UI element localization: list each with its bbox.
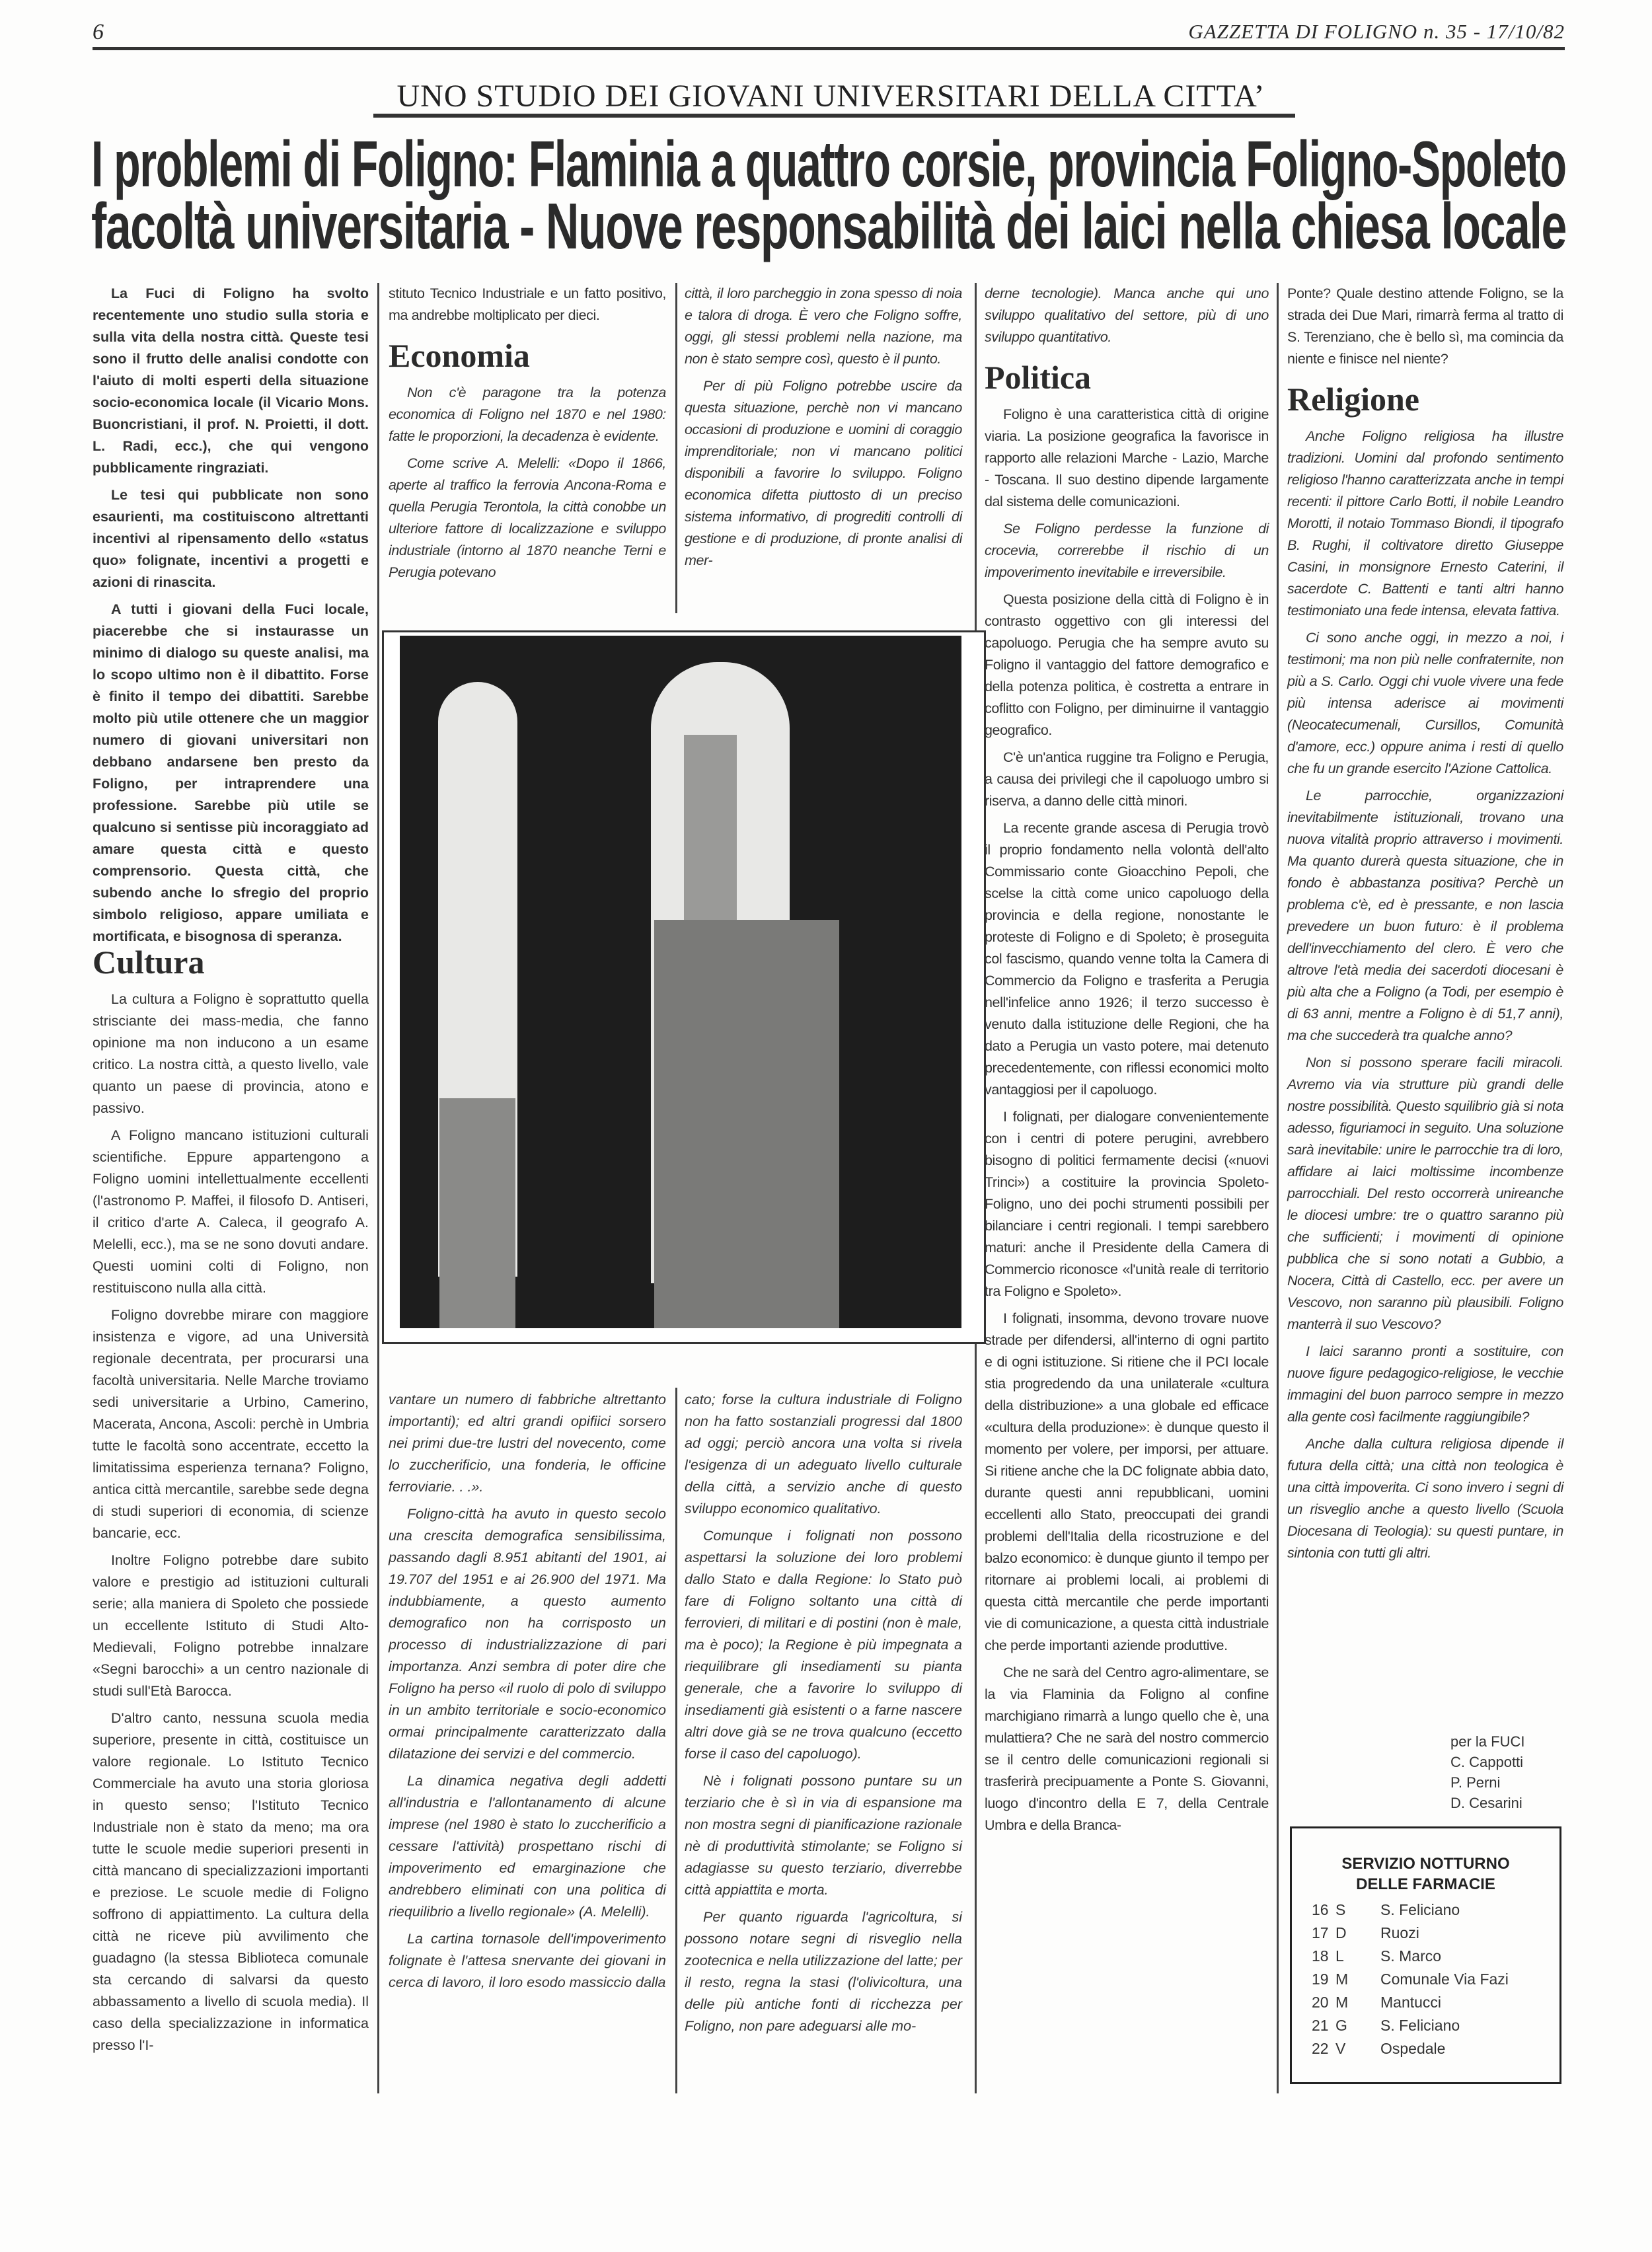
pharmacy-row: 22VOspedale [1312,2037,1559,2060]
pharmacy-day: 16 [1312,1898,1335,1922]
pharmacy-title-line-1: SERVIZIO NOTTURNO [1292,1854,1559,1874]
paragraph: Ponte? Quale destino attende Foligno, se… [1287,283,1563,370]
intro-paragraph: La Fuci di Foligno ha svolto recentement… [93,283,369,479]
pharmacy-weekday: V [1335,2037,1380,2060]
newspaper-page: 6 GAZZETTA DI FOLIGNO n. 35 - 17/10/82 U… [0,0,1652,2252]
photo-palazzo-comunale [400,636,961,1328]
signature-block: per la FUCI C. Cappotti P. Perni D. Cesa… [1450,1731,1524,1813]
paragraph: La dinamica negativa degli addetti all'i… [389,1770,666,1923]
headline-line-1: I problemi di Foligno: Flaminia a quattr… [91,131,1090,197]
column-divider [1277,283,1279,2093]
column-2-lower: vantare un numero di fabbriche altrettan… [389,1389,666,1999]
pharmacy-weekday: D [1335,1922,1380,1945]
section-title-economia: Economia [389,336,666,375]
paragraph: La cultura a Foligno è soprattutto quell… [93,989,369,1119]
pharmacy-weekday: M [1335,1968,1380,1991]
headline-line-2: facoltà universitaria - Nuove responsabi… [91,193,1143,259]
pharmacy-row: 18LS. Marco [1312,1945,1559,1968]
pharmacy-list: 16SS. Feliciano 17DRuozi 18LS. Marco 19M… [1292,1898,1559,2060]
paragraph: Che ne sarà del Centro agro-alimentare, … [985,1662,1269,1836]
paragraph: Non si possono sperare facili miracoli. … [1287,1052,1563,1335]
paragraph: Questa posizione della città di Foligno … [985,589,1269,741]
building-left [439,1098,515,1328]
pharmacy-day: 18 [1312,1945,1335,1968]
paragraph: stituto Tecnico Industriale e un fatto p… [389,283,666,326]
column-1-cultura: Cultura La cultura a Foligno è soprattut… [93,933,369,2062]
pharmacy-row: 20MMantucci [1312,1991,1559,2014]
pharmacy-day: 19 [1312,1968,1335,1991]
paragraph: I folignati, insomma, devono trovare nuo… [985,1308,1269,1657]
section-title-religione: Religione [1287,379,1563,419]
signature-attribution: per la FUCI [1450,1731,1524,1752]
paragraph: C'è un'antica ruggine tra Foligno e Peru… [985,747,1269,812]
paragraph: vantare un numero di fabbriche altrettan… [389,1389,666,1498]
signature-name: D. Cesarini [1450,1793,1524,1813]
pharmacy-name: Ospedale [1380,2037,1445,2060]
section-title-cultura: Cultura [93,942,369,982]
pharmacy-row: 21GS. Feliciano [1312,2014,1559,2037]
paragraph: città, il loro parcheggio in zona spesso… [685,283,962,370]
kicker: UNO STUDIO DEI GIOVANI UNIVERSITARI DELL… [370,78,1292,114]
paragraph: A Foligno mancano istituzioni culturali … [93,1125,369,1299]
paragraph: I folignati, per dialogare convenienteme… [985,1106,1269,1302]
pharmacy-day: 21 [1312,2014,1335,2037]
pharmacy-name: S. Marco [1380,1945,1441,1968]
palazzo-facade [654,920,839,1328]
pharmacy-name: Ruozi [1380,1922,1419,1945]
pharmacy-weekday: M [1335,1991,1380,2014]
paragraph: Anche Foligno religiosa ha illustre trad… [1287,426,1563,622]
paragraph: Anche dalla cultura religiosa dipende il… [1287,1433,1563,1564]
column-3-top: città, il loro parcheggio in zona spesso… [685,283,962,577]
pharmacy-name: S. Feliciano [1380,2014,1460,2037]
column-divider [675,1388,677,2093]
signature-name: P. Perni [1450,1772,1524,1793]
pharmacy-name: Mantucci [1380,1991,1441,2014]
paragraph: Inoltre Foligno potrebbe dare subito val… [93,1550,369,1702]
pharmacy-box-title: SERVIZIO NOTTURNO DELLE FARMACIE [1292,1854,1559,1895]
paragraph: cato; forse la cultura industriale di Fo… [685,1389,962,1520]
intro-paragraph: Le tesi qui pubblicate non sono esaurien… [93,484,369,593]
column-5-religione: Ponte? Quale destino attende Foligno, se… [1287,283,1563,1569]
paragraph: Comunque i folignati non possono aspetta… [685,1525,962,1765]
pharmacy-night-service-box: SERVIZIO NOTTURNO DELLE FARMACIE 16SS. F… [1290,1826,1561,2084]
paragraph: Se Foligno perdesse la funzione di croce… [985,518,1269,583]
paragraph: Le parrocchie, organizzazioni inevitabil… [1287,785,1563,1047]
pharmacy-row: 16SS. Feliciano [1312,1898,1559,1922]
paragraph: Foligno è una caratteristica città di or… [985,404,1269,513]
pharmacy-row: 17DRuozi [1312,1922,1559,1945]
paragraph: Foligno-città ha avuto in questo secolo … [389,1503,666,1765]
paragraph: D'altro canto, nessuna scuola media supe… [93,1708,369,2056]
intro-paragraph: A tutti i giovani della Fuci locale, pia… [93,599,369,948]
paragraph: derne tecnologie). Manca anche qui uno s… [985,283,1269,348]
column-divider [675,283,677,613]
column-1-intro: La Fuci di Foligno ha svolto recentement… [93,283,369,953]
pharmacy-name: S. Feliciano [1380,1898,1460,1922]
signature-name: C. Cappotti [1450,1752,1524,1772]
paragraph: Non c'è paragone tra la potenza economic… [389,382,666,447]
pharmacy-name: Comunale Via Fazi [1380,1968,1509,1991]
page-number: 6 [93,20,104,45]
column-divider [377,283,379,2093]
paragraph: Foligno dovrebbe mirare con maggiore ins… [93,1304,369,1544]
pharmacy-day: 20 [1312,1991,1335,2014]
paragraph: Ci sono anche oggi, in mezzo a noi, i te… [1287,627,1563,780]
column-2-top: stituto Tecnico Industriale e un fatto p… [389,283,666,589]
kicker-rule [373,114,1295,118]
pharmacy-weekday: G [1335,2014,1380,2037]
pharmacy-day: 22 [1312,2037,1335,2060]
masthead: GAZZETTA DI FOLIGNO n. 35 - 17/10/82 [1188,20,1565,44]
pharmacy-weekday: L [1335,1945,1380,1968]
pharmacy-day: 17 [1312,1922,1335,1945]
section-title-politica: Politica [985,357,1269,397]
paragraph: Nè i folignati possono puntare su un ter… [685,1770,962,1901]
top-rule [93,47,1565,50]
paragraph: I laici saranno pronti a sostituire, con… [1287,1341,1563,1428]
column-4-politica: derne tecnologie). Manca anche qui uno s… [985,283,1269,1842]
pharmacy-row: 19MComunale Via Fazi [1312,1968,1559,1991]
paragraph: La cartina tornasole dell'impoverimento … [389,1928,666,1994]
paragraph: Per di più Foligno potrebbe uscire da qu… [685,375,962,572]
column-3-lower: cato; forse la cultura industriale di Fo… [685,1389,962,2043]
paragraph: Per quanto riguarda l'agricoltura, si po… [685,1906,962,2037]
pharmacy-title-line-2: DELLE FARMACIE [1292,1874,1559,1895]
paragraph: La recente grande ascesa di Perugia trov… [985,817,1269,1101]
paragraph: Come scrive A. Melelli: «Dopo il 1866, a… [389,453,666,583]
pharmacy-weekday: S [1335,1898,1380,1922]
